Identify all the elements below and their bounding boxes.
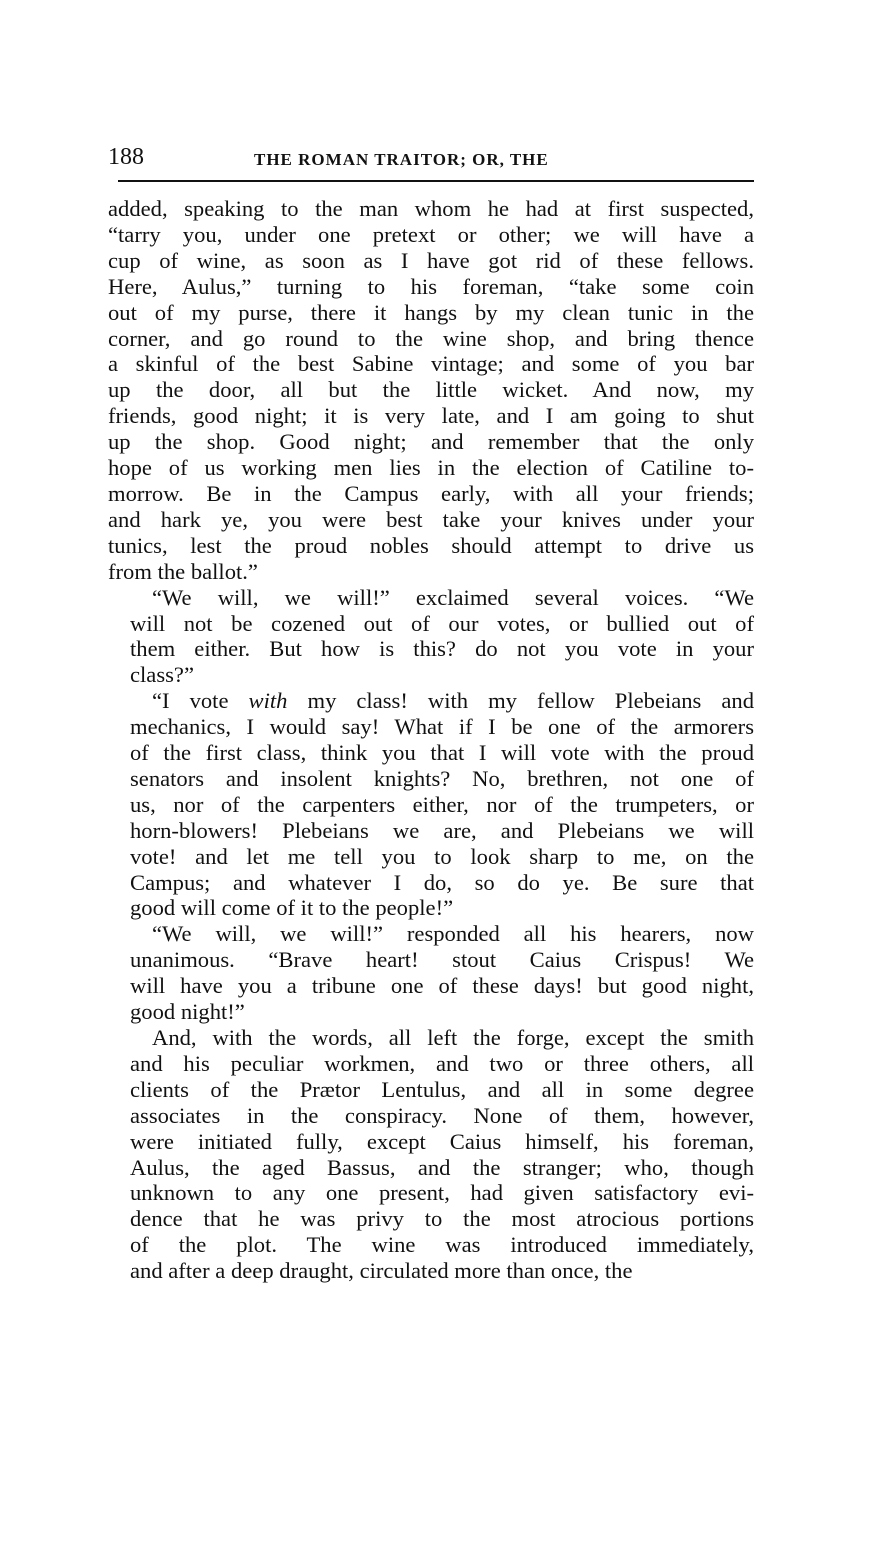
text-line: and hark ye, you were best take your kni… xyxy=(108,507,754,533)
text-line: up the door, all but the little wicket. … xyxy=(108,377,754,403)
text-line: unknown to any one present, had given sa… xyxy=(108,1180,754,1206)
paragraph: “We will, we will!” exclaimed several vo… xyxy=(108,585,754,689)
book-page: 188 THE ROMAN TRAITOR; OR, THE added, sp… xyxy=(108,140,754,1284)
text-line: corner, and go round to the wine shop, a… xyxy=(108,326,754,352)
running-title: THE ROMAN TRAITOR; OR, THE xyxy=(254,150,549,170)
text-line: unanimous. “Brave heart! stout Caius Cri… xyxy=(108,947,754,973)
text-line: hope of us working men lies in the elect… xyxy=(108,455,754,481)
text-line: And, with the words, all left the forge,… xyxy=(108,1025,754,1051)
text-line: will have you a tribune one of these day… xyxy=(108,973,754,999)
text-line: “I vote with my class! with my fellow Pl… xyxy=(108,688,754,714)
text-line: and his peculiar workmen, and two or thr… xyxy=(108,1051,754,1077)
text-line: “tarry you, under one pretext or other; … xyxy=(108,222,754,248)
text-line: of the plot. The wine was introduced imm… xyxy=(108,1232,754,1258)
text-line: vote! and let me tell you to look sharp … xyxy=(108,844,754,870)
emphasized-word: with xyxy=(249,688,288,713)
text-line: associates in the conspiracy. None of th… xyxy=(108,1103,754,1129)
text-line: morrow. Be in the Campus early, with all… xyxy=(108,481,754,507)
paragraph: And, with the words, all left the forge,… xyxy=(108,1025,754,1284)
text-line: will not be cozened out of our votes, or… xyxy=(108,611,754,637)
text-line: Here, Aulus,” turning to his foreman, “t… xyxy=(108,274,754,300)
text-line: cup of wine, as soon as I have got rid o… xyxy=(108,248,754,274)
text-line: a skinful of the best Sabine vintage; an… xyxy=(108,351,754,377)
text-line: them either. But how is this? do not you… xyxy=(108,636,754,662)
text-line: tunics, lest the proud nobles should att… xyxy=(108,533,754,559)
text-line: clients of the Prætor Lentulus, and all … xyxy=(108,1077,754,1103)
text-line: added, speaking to the man whom he had a… xyxy=(108,196,754,222)
text-line: up the shop. Good night; and remember th… xyxy=(108,429,754,455)
running-head: 188 THE ROMAN TRAITOR; OR, THE xyxy=(108,140,754,176)
paragraph: “We will, we will!” responded all his he… xyxy=(108,921,754,1025)
header-rule xyxy=(118,180,754,182)
text-line: from the ballot.” xyxy=(108,559,754,585)
text-line: class?” xyxy=(108,662,754,688)
text-line: us, nor of the carpenters either, nor of… xyxy=(108,792,754,818)
paragraph: added, speaking to the man whom he had a… xyxy=(108,196,754,585)
page-number: 188 xyxy=(108,144,144,171)
text-line: “We will, we will!” responded all his he… xyxy=(108,921,754,947)
paragraph: “I vote with my class! with my fellow Pl… xyxy=(108,688,754,921)
text-line: Campus; and whatever I do, so do ye. Be … xyxy=(108,870,754,896)
text-line: dence that he was privy to the most atro… xyxy=(108,1206,754,1232)
text-line: good will come of it to the people!” xyxy=(108,895,754,921)
text-line: mechanics, I would say! What if I be one… xyxy=(108,714,754,740)
text-line: good night!” xyxy=(108,999,754,1025)
text-line: “We will, we will!” exclaimed several vo… xyxy=(108,585,754,611)
text-line: and after a deep draught, circulated mor… xyxy=(108,1258,754,1284)
text-line: Aulus, the aged Bassus, and the stranger… xyxy=(108,1155,754,1181)
body-text: added, speaking to the man whom he had a… xyxy=(108,196,754,1284)
text-line: out of my purse, there it hangs by my cl… xyxy=(108,300,754,326)
text-line: of the first class, think you that I wil… xyxy=(108,740,754,766)
text-line: horn-blowers! Plebeians we are, and Pleb… xyxy=(108,818,754,844)
text-line: were initiated fully, except Caius himse… xyxy=(108,1129,754,1155)
text-line: senators and insolent knights? No, breth… xyxy=(108,766,754,792)
text-line: friends, good night; it is very late, an… xyxy=(108,403,754,429)
